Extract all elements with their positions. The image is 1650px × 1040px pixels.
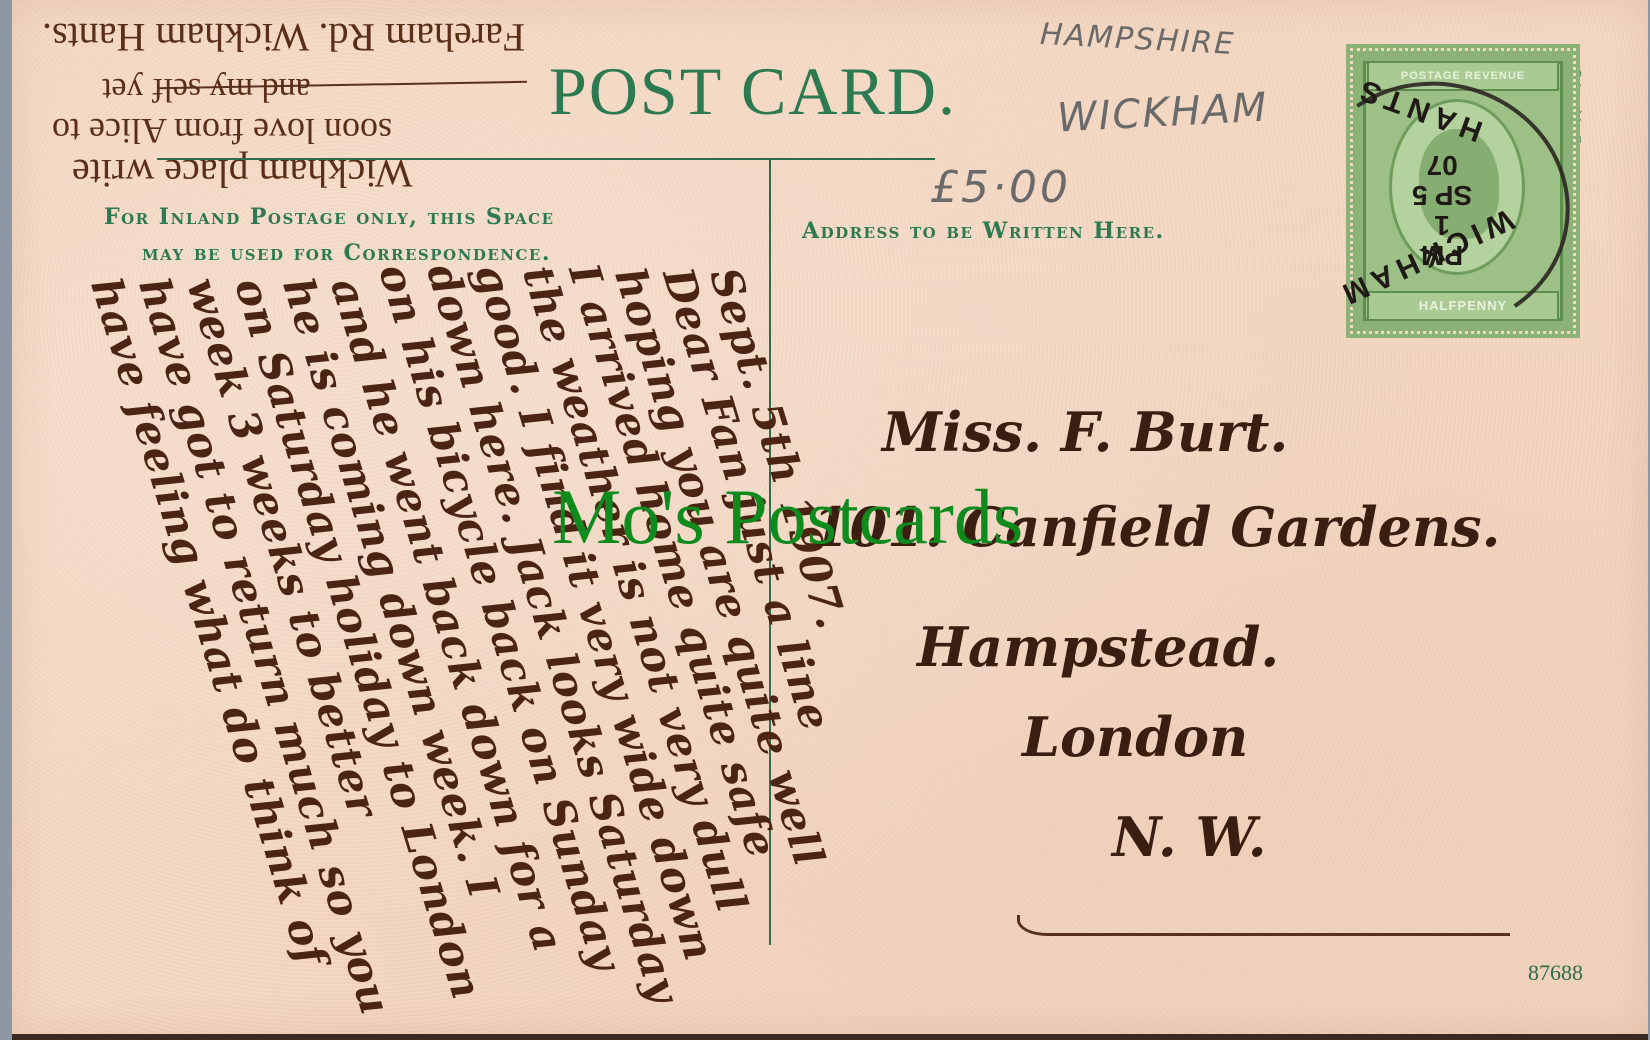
postmark-date: PM 1 SP 5 07 (1412, 150, 1472, 270)
pencil-price-note: £5·00 (930, 162, 1071, 213)
address-name: Miss. F. Burt. (882, 400, 1288, 464)
address-note: Address to be Written Here. (802, 218, 1165, 244)
watermark: Mo's Postcards (552, 472, 1023, 562)
pencil-town-note: WICKHAM (1056, 84, 1270, 141)
pencil-county-note: HAMPSHIRE (1039, 17, 1236, 62)
address-district: Hampstead. (917, 615, 1279, 679)
address-postal-district: N. W. (1112, 805, 1267, 869)
address-underline (1017, 915, 1510, 936)
serial-number: 87688 (1528, 960, 1583, 986)
postcard: Fareham Rd. Wickham Hants. Wickham place… (12, 0, 1648, 1040)
postmark-time: PM (1412, 240, 1472, 270)
address-city: London (1022, 705, 1248, 769)
postmark-date-line: SP 5 (1412, 180, 1472, 210)
postmark-date-line: 07 (1412, 150, 1472, 180)
postmark-date-line: 1 (1412, 210, 1472, 240)
